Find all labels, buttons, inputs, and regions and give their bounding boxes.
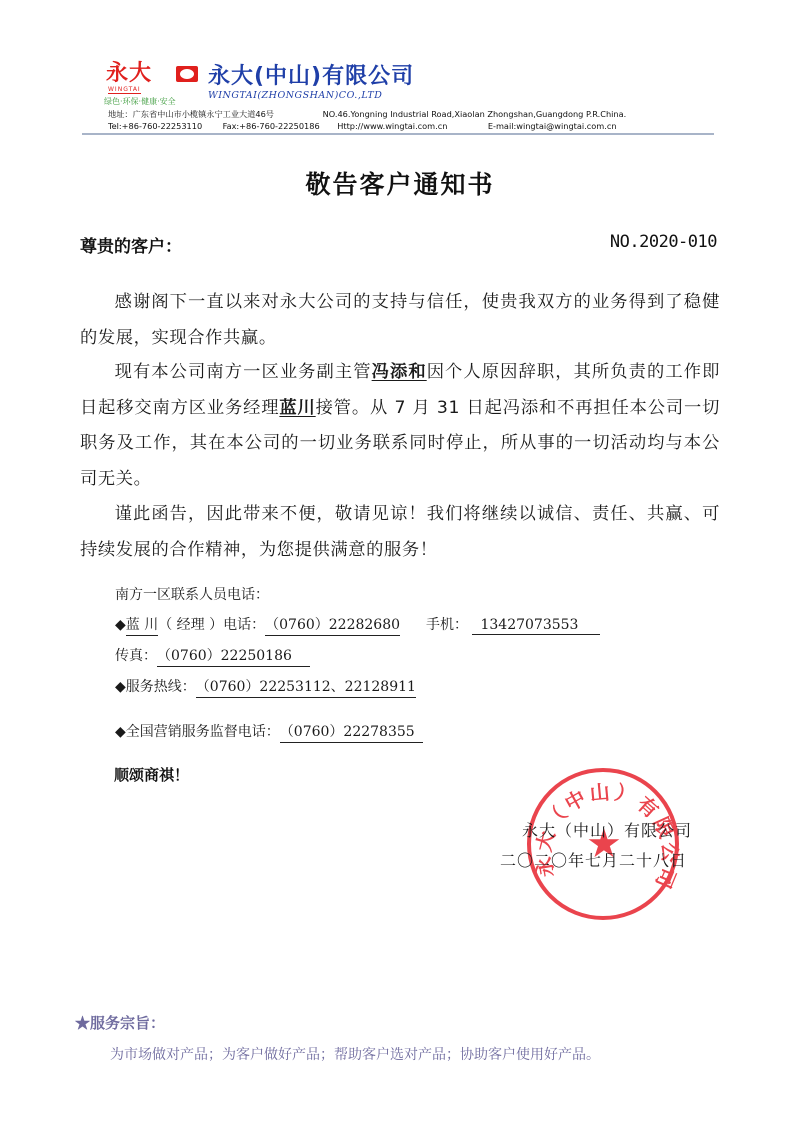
brand-name-cn: 永大 bbox=[106, 62, 152, 86]
fax-label: 传真： bbox=[115, 648, 157, 664]
contact-fax-row: 传真：（0760）22250186 bbox=[115, 645, 310, 667]
brand-badge-icon bbox=[176, 66, 198, 82]
company-website: Http://www.wingtai.com.cn bbox=[337, 121, 485, 131]
mobile-label: 手机： bbox=[426, 617, 468, 633]
paragraph-thanks: 感谢阁下一直以来对永大公司的支持与信任，使贵我双方的业务得到了稳健的发展，实现合… bbox=[80, 285, 720, 356]
paragraph-apology: 谨此函告，因此带来不便，敬请见谅！我们将继续以诚信、责任、共赢、可持续发展的合作… bbox=[80, 497, 720, 568]
address-en: NO.46.Yongning Industrial Road,Xiaolan Z… bbox=[323, 109, 627, 119]
company-seal: 永大（中山）有限公司 ★ bbox=[527, 768, 679, 920]
contact-hotline-row: ◆服务热线：（0760）22253112、22128911 bbox=[115, 676, 416, 698]
resignation-text-a: 现有本公司南方一区业务副主管 bbox=[115, 362, 372, 382]
contact-row: Tel:+86-760-22253110 Fax:+86-760-2225018… bbox=[108, 121, 617, 131]
letterhead: 永大 WINGTAI 绿色·环保·健康·安全 永大(中山)有限公司 WINGTA… bbox=[104, 62, 719, 132]
address-cn: 地址：广东省中山市小榄镇永宁工业大道46号 bbox=[108, 109, 320, 120]
contacts-heading: 南方一区联系人员电话： bbox=[115, 584, 269, 604]
manager-phone: （0760）22282680 bbox=[265, 614, 400, 636]
paragraph-resignation: 现有本公司南方一区业务副主管冯添和因个人原因辞职，其所负责的工作即日起移交南方区… bbox=[80, 355, 720, 497]
salutation: 尊贵的客户： bbox=[80, 232, 182, 257]
address-row: 地址：广东省中山市小榄镇永宁工业大道46号 NO.46.Yongning Ind… bbox=[108, 109, 626, 120]
supervision-number: （0760）22278355 bbox=[280, 721, 423, 743]
diamond-bullet-icon: ◆ bbox=[115, 617, 126, 633]
brand-name-en: WINGTAI bbox=[108, 86, 141, 94]
contact-supervision-row: ◆全国营销服务监督电话：（0760）22278355 bbox=[115, 721, 423, 743]
signature-date: 二〇二〇年七月二十八日 bbox=[500, 848, 687, 871]
manager-name: 蓝 川 bbox=[126, 614, 158, 636]
service-motto-heading: ★服务宗旨： bbox=[75, 1012, 165, 1033]
letterhead-divider bbox=[82, 133, 714, 135]
document-number: NO.2020-010 bbox=[610, 232, 717, 252]
manager-role-label: （ 经理 ）电话： bbox=[158, 617, 265, 633]
successor-name: 蓝川 bbox=[279, 398, 315, 418]
hotline-number: （0760）22253112、22128911 bbox=[196, 676, 416, 698]
document-title: 敬告客户通知书 bbox=[0, 165, 800, 201]
service-motto-text: 为市场做对产品；为客户做好产品；帮助客户选对产品；协助客户使用好产品。 bbox=[110, 1044, 600, 1064]
company-tel: Tel:+86-760-22253110 bbox=[108, 121, 220, 131]
brand-slogan: 绿色·环保·健康·安全 bbox=[104, 96, 176, 107]
hotline-label: 服务热线： bbox=[126, 679, 196, 695]
company-name-cn: 永大(中山)有限公司 bbox=[208, 64, 414, 90]
fax-number: （0760）22250186 bbox=[157, 645, 310, 667]
resigned-person-name: 冯添和 bbox=[372, 362, 427, 382]
closing-greeting: 顺颂商祺！ bbox=[114, 764, 189, 785]
brand-logo: 永大 WINGTAI 绿色·环保·健康·安全 bbox=[104, 62, 209, 106]
manager-mobile: 13427073553 bbox=[472, 617, 600, 635]
supervision-label: 全国营销服务监督电话： bbox=[126, 724, 280, 740]
diamond-bullet-icon: ◆ bbox=[115, 679, 126, 695]
signature-company: 永大（中山）有限公司 bbox=[522, 818, 692, 841]
diamond-bullet-icon: ◆ bbox=[115, 724, 126, 740]
company-name-en: WINGTAI(ZHONGSHAN)CO.,LTD bbox=[208, 90, 382, 101]
company-email: E-mail:wingtai@wingtai.com.cn bbox=[488, 121, 617, 131]
company-fax: Fax:+86-760-22250186 bbox=[223, 121, 335, 131]
contact-manager-row: ◆蓝 川（ 经理 ）电话：（0760）22282680手机： 134270735… bbox=[115, 614, 600, 636]
